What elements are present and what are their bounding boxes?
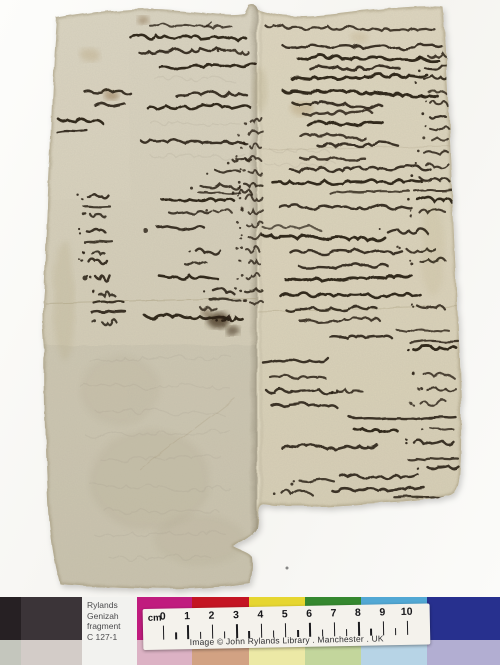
color-patch — [427, 597, 500, 640]
ruler-number: 7 — [330, 607, 336, 619]
grayscale-patch — [21, 640, 82, 665]
ruler-number: 5 — [282, 608, 288, 620]
ruler-number: 0 — [160, 611, 166, 623]
ruler-number: 6 — [306, 608, 312, 620]
photo-background — [0, 0, 500, 597]
ruler-number: 10 — [401, 606, 413, 618]
fragment-shelfmark: C 127-1 — [87, 632, 137, 643]
color-patch — [427, 640, 500, 665]
grayscale-patch — [21, 597, 82, 640]
grayscale-patch — [0, 640, 21, 665]
ruler-tick-cm — [163, 626, 165, 640]
ruler-tick-half-cm — [395, 628, 397, 635]
fragment-label-line-3: fragment — [87, 621, 137, 632]
ruler: cm 012345678910 Image © John Rylands Lib… — [143, 603, 431, 650]
ruler-number: 3 — [233, 609, 239, 621]
ruler-copyright: Image © John Rylands Library . Mancheste… — [190, 633, 384, 647]
ruler-number: 2 — [209, 610, 215, 622]
ruler-number: 8 — [355, 607, 361, 619]
grayscale-patch — [0, 597, 21, 640]
dust-speck — [286, 567, 289, 570]
fragment-label-line-2: Genizah — [87, 611, 137, 622]
ruler-number: 9 — [379, 606, 385, 618]
calibration-strip: Rylands Genizah fragment C 127-1 cm 0123… — [0, 597, 500, 665]
fragment-label-line-1: Rylands — [87, 600, 137, 611]
ruler-number: 4 — [257, 609, 263, 621]
fragment-label: Rylands Genizah fragment C 127-1 — [82, 597, 137, 665]
ruler-tick-cm — [407, 621, 409, 635]
manuscript-photo-viewer: Rylands Genizah fragment C 127-1 cm 0123… — [0, 0, 500, 665]
manuscript-fragment — [0, 0, 500, 597]
ruler-number: 1 — [184, 610, 190, 622]
paper-sheet — [40, 0, 470, 597]
ruler-tick-half-cm — [175, 632, 177, 639]
